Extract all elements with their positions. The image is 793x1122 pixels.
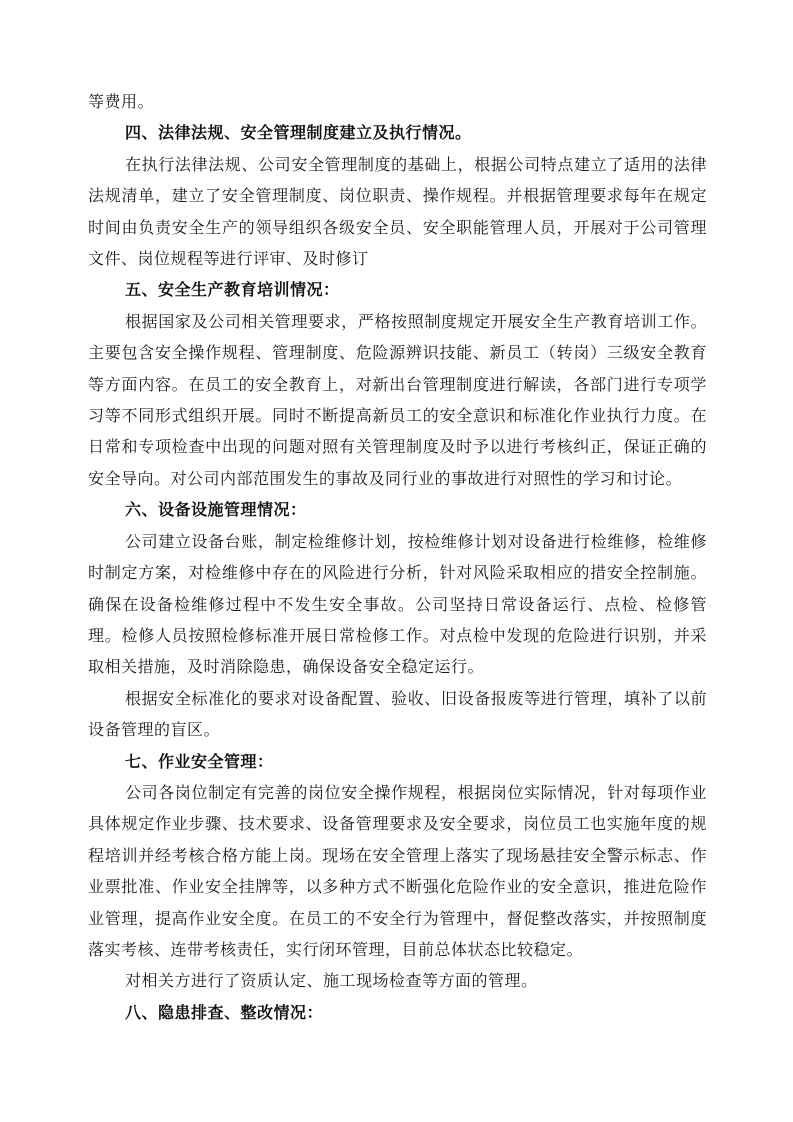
paragraph-legal-regulations: 在执行法律法规、公司安全管理制度的基础上，根据公司特点建立了适用的法律法规清单，… — [88, 150, 707, 276]
continuation-paragraph: 等费用。 — [88, 87, 707, 118]
heading-section-5: 五、安全生产教育培训情况： — [88, 275, 707, 306]
document-page: 等费用。 四、法律法规、安全管理制度建立及执行情况。 在执行法律法规、公司安全管… — [0, 0, 793, 1122]
paragraph-operation-safety: 公司各岗位制定有完善的岗位安全操作规程，根据岗位实际情况，针对每项作业具体规定作… — [88, 778, 707, 966]
paragraph-equipment-management: 公司建立设备台账，制定检维修计划，按检维修计划对设备进行检维修，检维修时制定方案… — [88, 527, 707, 684]
heading-section-8: 八、隐患排查、整改情况： — [88, 998, 707, 1029]
paragraph-contractor-management: 对相关方进行了资质认定、施工现场检查等方面的管理。 — [88, 966, 707, 997]
heading-section-6: 六、设备设施管理情况： — [88, 495, 707, 526]
heading-section-4: 四、法律法规、安全管理制度建立及执行情况。 — [88, 118, 707, 149]
paragraph-equipment-standardization: 根据安全标准化的要求对设备配置、验收、旧设备报废等进行管理，填补了以前设备管理的… — [88, 684, 707, 747]
paragraph-education-training: 根据国家及公司相关管理要求，严格按照制度规定开展安全生产教育培训工作。主要包含安… — [88, 307, 707, 495]
heading-section-7: 七、作业安全管理： — [88, 747, 707, 778]
document-body: 等费用。 四、法律法规、安全管理制度建立及执行情况。 在执行法律法规、公司安全管… — [88, 87, 707, 1029]
